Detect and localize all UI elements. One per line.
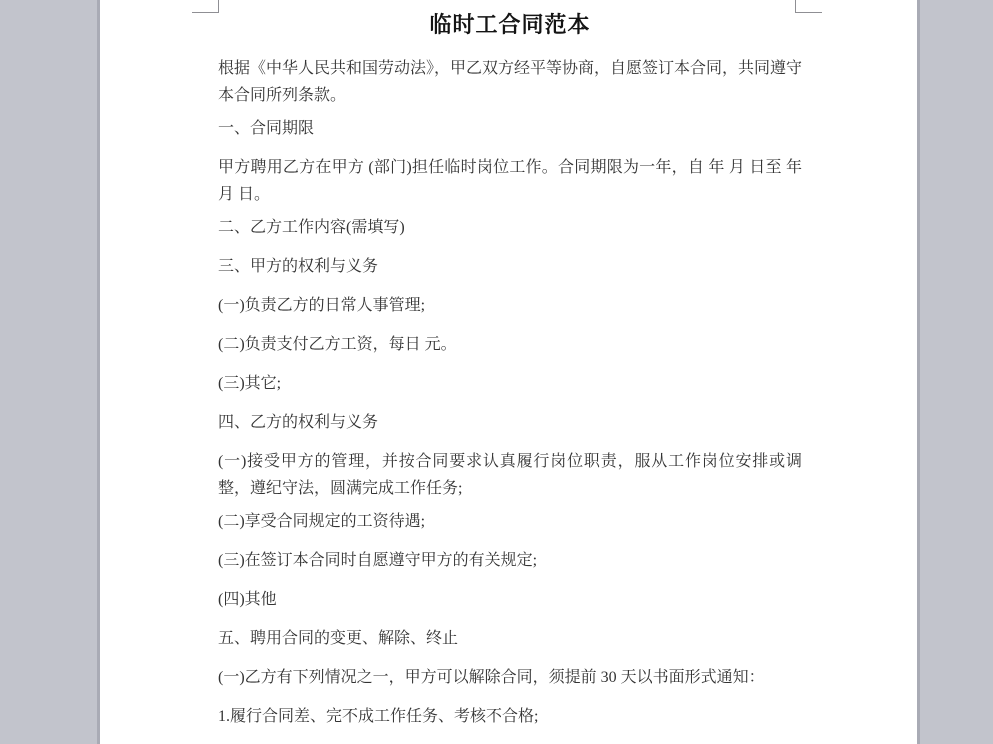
document-body: 根据《中华人民共和国劳动法》，甲乙双方经平等协商，自愿签订本合同，共同遵守本合同… [218,55,802,730]
paragraph: (二)享受合同规定的工资待遇; [218,508,802,535]
paragraph: 四、乙方的权利与义务 [218,409,802,436]
page-edge-left [97,0,100,744]
margin-crop-mark-top-left [192,0,219,13]
paragraph: (一)乙方有下列情况之一，甲方可以解除合同，须提前 30 天以书面形式通知： [218,664,802,691]
paragraph: (一)负责乙方的日常人事管理; [218,292,802,319]
paragraph: 三、甲方的权利与义务 [218,253,802,280]
paragraph: 一、合同期限 [218,115,802,142]
paragraph: 1.履行合同差、完不成工作任务、考核不合格; [218,703,802,730]
paragraph: 二、乙方工作内容(需填写) [218,214,802,241]
paragraph: (二)负责支付乙方工资，每日 元。 [218,331,802,358]
paragraph: (三)在签订本合同时自愿遵守甲方的有关规定; [218,547,802,574]
app-background-right [920,0,993,744]
paragraph: (四)其他 [218,586,802,613]
page-edge-right [917,0,920,744]
paragraph: 甲方聘用乙方在甲方 (部门)担任临时岗位工作。合同期限为一年，自 年 月 日至 … [218,154,802,208]
paragraph: 根据《中华人民共和国劳动法》，甲乙双方经平等协商，自愿签订本合同，共同遵守本合同… [218,55,802,109]
paragraph: (三)其它; [218,370,802,397]
document-content: 临时工合同范本 根据《中华人民共和国劳动法》，甲乙双方经平等协商，自愿签订本合同… [218,0,802,742]
paragraph: (一)接受甲方的管理，并按合同要求认真履行岗位职责，服从工作岗位安排或调整，遵纪… [218,448,802,502]
app-background-left [0,0,97,744]
paragraph: 五、聘用合同的变更、解除、终止 [218,625,802,652]
document-title: 临时工合同范本 [218,10,802,40]
